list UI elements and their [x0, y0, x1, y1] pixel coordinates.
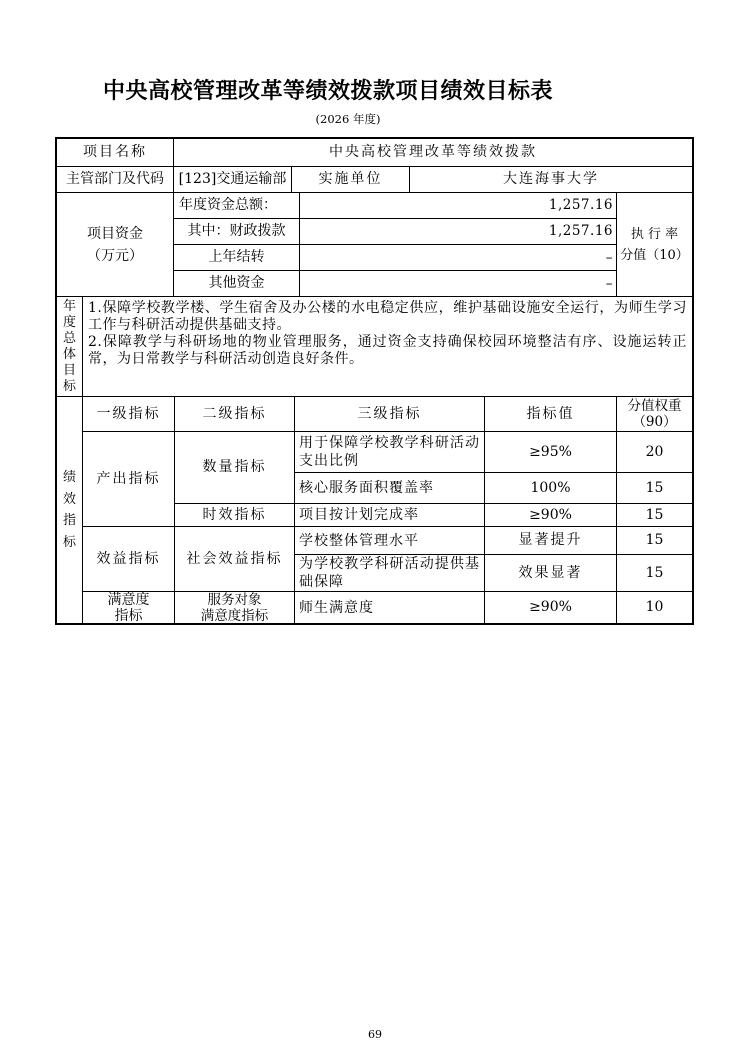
- document-page: 中央高校管理改革等绩效拨款项目绩效目标表 (2026 年度) 项目名称 中央高校…: [0, 0, 750, 1060]
- header-level3: 三级指标: [295, 397, 485, 432]
- indicator-weight: 10: [617, 592, 692, 623]
- indicator-weight: 15: [617, 555, 692, 592]
- fund-fiscal-value: 1,257.16: [300, 219, 617, 245]
- indicator-name: 学校整体管理水平: [295, 527, 485, 555]
- page-title: 中央高校管理改革等绩效拨款项目绩效目标表: [0, 74, 656, 105]
- fund-carryover-value: –: [300, 245, 617, 271]
- fund-total-label: 年度资金总额：: [174, 193, 300, 219]
- department-value: [123]交通运输部: [174, 167, 292, 193]
- annual-goal-item-1: 1.保障学校教学楼、学生宿舍及办公楼的水电稳定供应，维护基础设施安全运行，为师生…: [88, 300, 687, 334]
- fund-row-carryover: 上年结转 –: [174, 245, 617, 271]
- page-number: 69: [0, 1028, 750, 1041]
- indicator-weight: 15: [617, 504, 692, 527]
- fund-row-fiscal: 其中：财政拨款 1,257.16: [174, 219, 617, 245]
- page-subtitle: (2026 年度): [0, 111, 696, 127]
- level2-quantity: 数量指标: [175, 432, 295, 504]
- level2-service-satisfaction: 服务对象 满意度指标: [175, 592, 295, 623]
- fund-other-value: –: [300, 271, 617, 297]
- project-name-row: 项目名称 中央高校管理改革等绩效拨款: [57, 139, 692, 167]
- indicator-section: 绩效指标 一级指标 二级指标 三级指标 指标值 分值权重 （90） 产出指标 数…: [57, 397, 692, 623]
- indicator-name: 用于保障学校教学科研活动支出比例: [295, 432, 485, 473]
- level1-satisfaction: 满意度 指标: [83, 592, 175, 623]
- fund-section: 项目资金 （万元） 年度资金总额： 1,257.16 其中：财政拨款 1,257…: [57, 193, 692, 297]
- indicator-value: ≥95%: [485, 432, 617, 473]
- execution-rate-score-label: 执 行 率 分值（10）: [617, 193, 692, 297]
- level2-social: 社会效益指标: [175, 527, 295, 592]
- indicator-name: 核心服务面积覆盖率: [295, 473, 485, 504]
- indicator-value: ≥90%: [485, 592, 617, 623]
- indicator-value: ≥90%: [485, 504, 617, 527]
- annual-goal-label: 年度总体目标: [57, 297, 83, 397]
- annual-goal-text: 1.保障学校教学楼、学生宿舍及办公楼的水电稳定供应，维护基础设施安全运行，为师生…: [83, 297, 692, 397]
- project-name-value: 中央高校管理改革等绩效拨款: [174, 139, 692, 167]
- indicator-name: 为学校教学科研活动提供基础保障: [295, 555, 485, 592]
- indicator-value: 效果显著: [485, 555, 617, 592]
- implementing-unit-value: 大连海事大学: [410, 167, 692, 193]
- project-name-label: 项目名称: [57, 139, 174, 167]
- fund-fiscal-label: 其中：财政拨款: [174, 219, 300, 245]
- performance-target-table: 项目名称 中央高校管理改革等绩效拨款 主管部门及代码 [123]交通运输部 实施…: [55, 137, 694, 625]
- fund-row-other: 其他资金 –: [174, 271, 617, 297]
- indicator-value: 100%: [485, 473, 617, 504]
- annual-goal-section: 年度总体目标 1.保障学校教学楼、学生宿舍及办公楼的水电稳定供应，维护基础设施安…: [57, 297, 692, 397]
- level1-output: 产出指标: [83, 432, 175, 527]
- header-value: 指标值: [485, 397, 617, 432]
- fund-carryover-label: 上年结转: [174, 245, 300, 271]
- indicator-weight: 20: [617, 432, 692, 473]
- implementing-unit-label: 实施单位: [292, 167, 410, 193]
- header-level1: 一级指标: [83, 397, 175, 432]
- fund-total-value: 1,257.16: [300, 193, 617, 219]
- header-level2: 二级指标: [175, 397, 295, 432]
- department-label: 主管部门及代码: [57, 167, 174, 193]
- indicator-name: 项目按计划完成率: [295, 504, 485, 527]
- indicator-weight: 15: [617, 527, 692, 555]
- fund-section-label: 项目资金 （万元）: [57, 193, 174, 297]
- fund-other-label: 其他资金: [174, 271, 300, 297]
- level2-timeliness: 时效指标: [175, 504, 295, 527]
- indicator-weight: 15: [617, 473, 692, 504]
- header-weight: 分值权重 （90）: [617, 397, 692, 432]
- indicator-name: 师生满意度: [295, 592, 485, 623]
- department-row: 主管部门及代码 [123]交通运输部 实施单位 大连海事大学: [57, 167, 692, 193]
- indicator-value: 显著提升: [485, 527, 617, 555]
- fund-row-total: 年度资金总额： 1,257.16: [174, 193, 617, 219]
- fund-rows: 年度资金总额： 1,257.16 其中：财政拨款 1,257.16 上年结转 –…: [174, 193, 617, 297]
- annual-goal-item-2: 2.保障教学与科研场地的物业管理服务，通过资金支持确保校园环境整洁有序、设施运转…: [88, 334, 687, 368]
- indicator-side-label: 绩效指标: [57, 397, 83, 623]
- level1-benefit: 效益指标: [83, 527, 175, 592]
